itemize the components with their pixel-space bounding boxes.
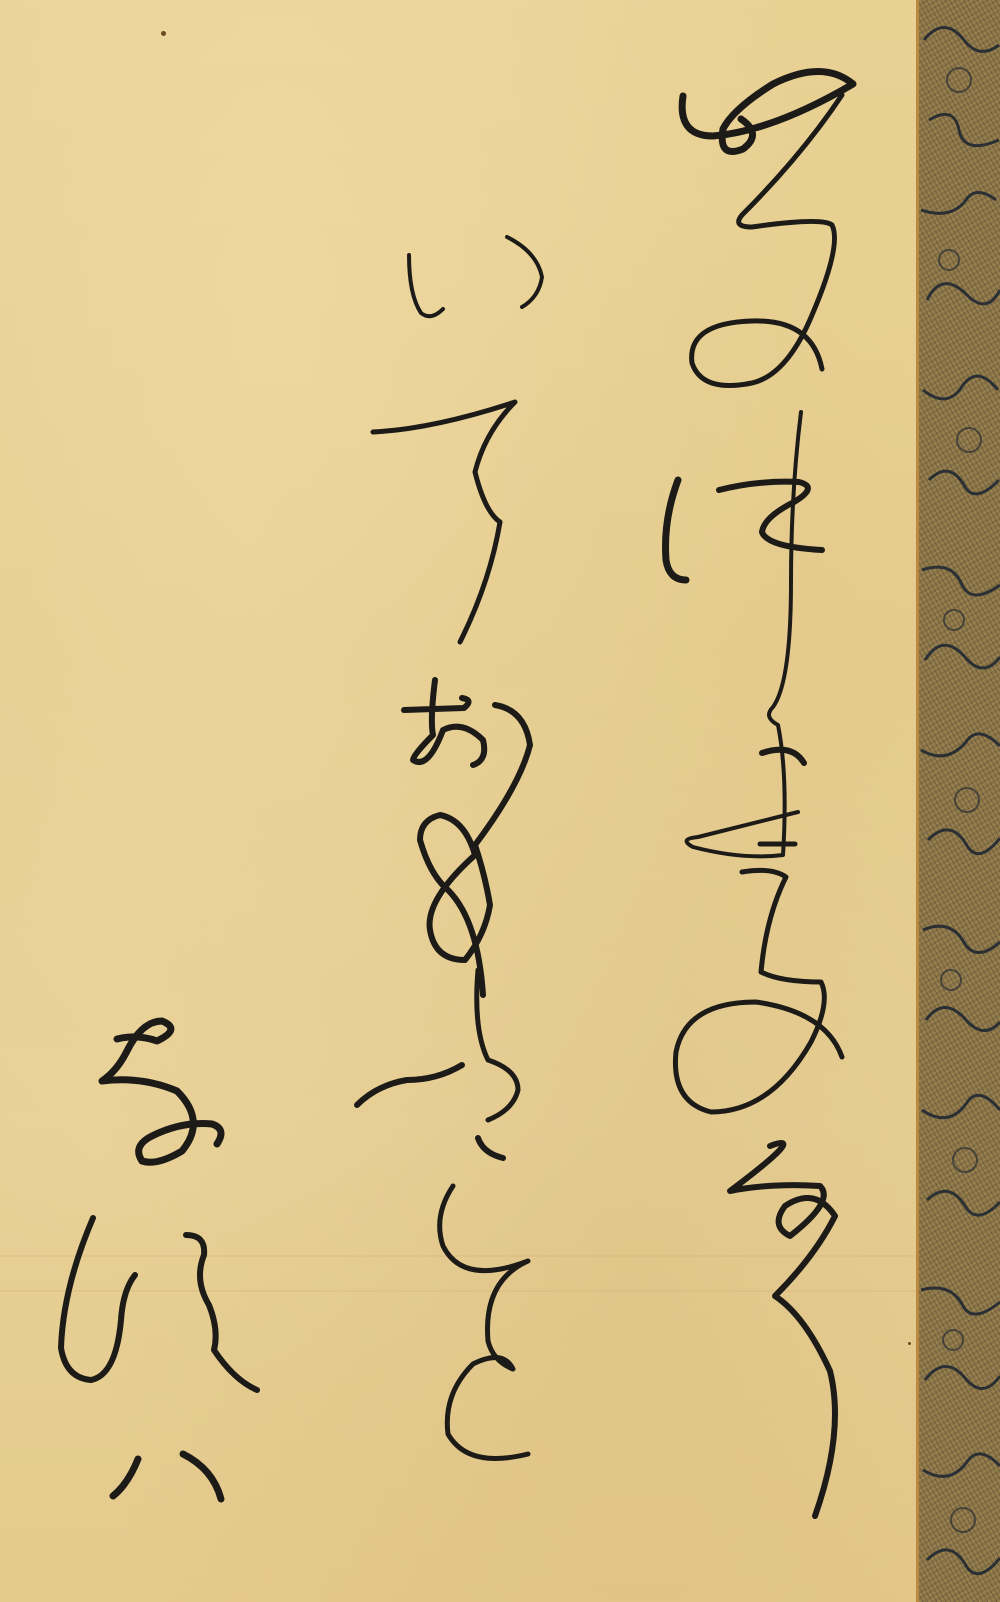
calligraphy-ink xyxy=(0,0,918,1602)
cloud-pattern-icon xyxy=(919,0,1000,1602)
hanging-scroll xyxy=(0,0,1000,1602)
calligraphy-column-2 xyxy=(357,237,542,1459)
calligraphy-column-1 xyxy=(666,72,854,1517)
brocade-mounting xyxy=(919,0,1000,1602)
calligraphy-column-3 xyxy=(61,1021,257,1499)
